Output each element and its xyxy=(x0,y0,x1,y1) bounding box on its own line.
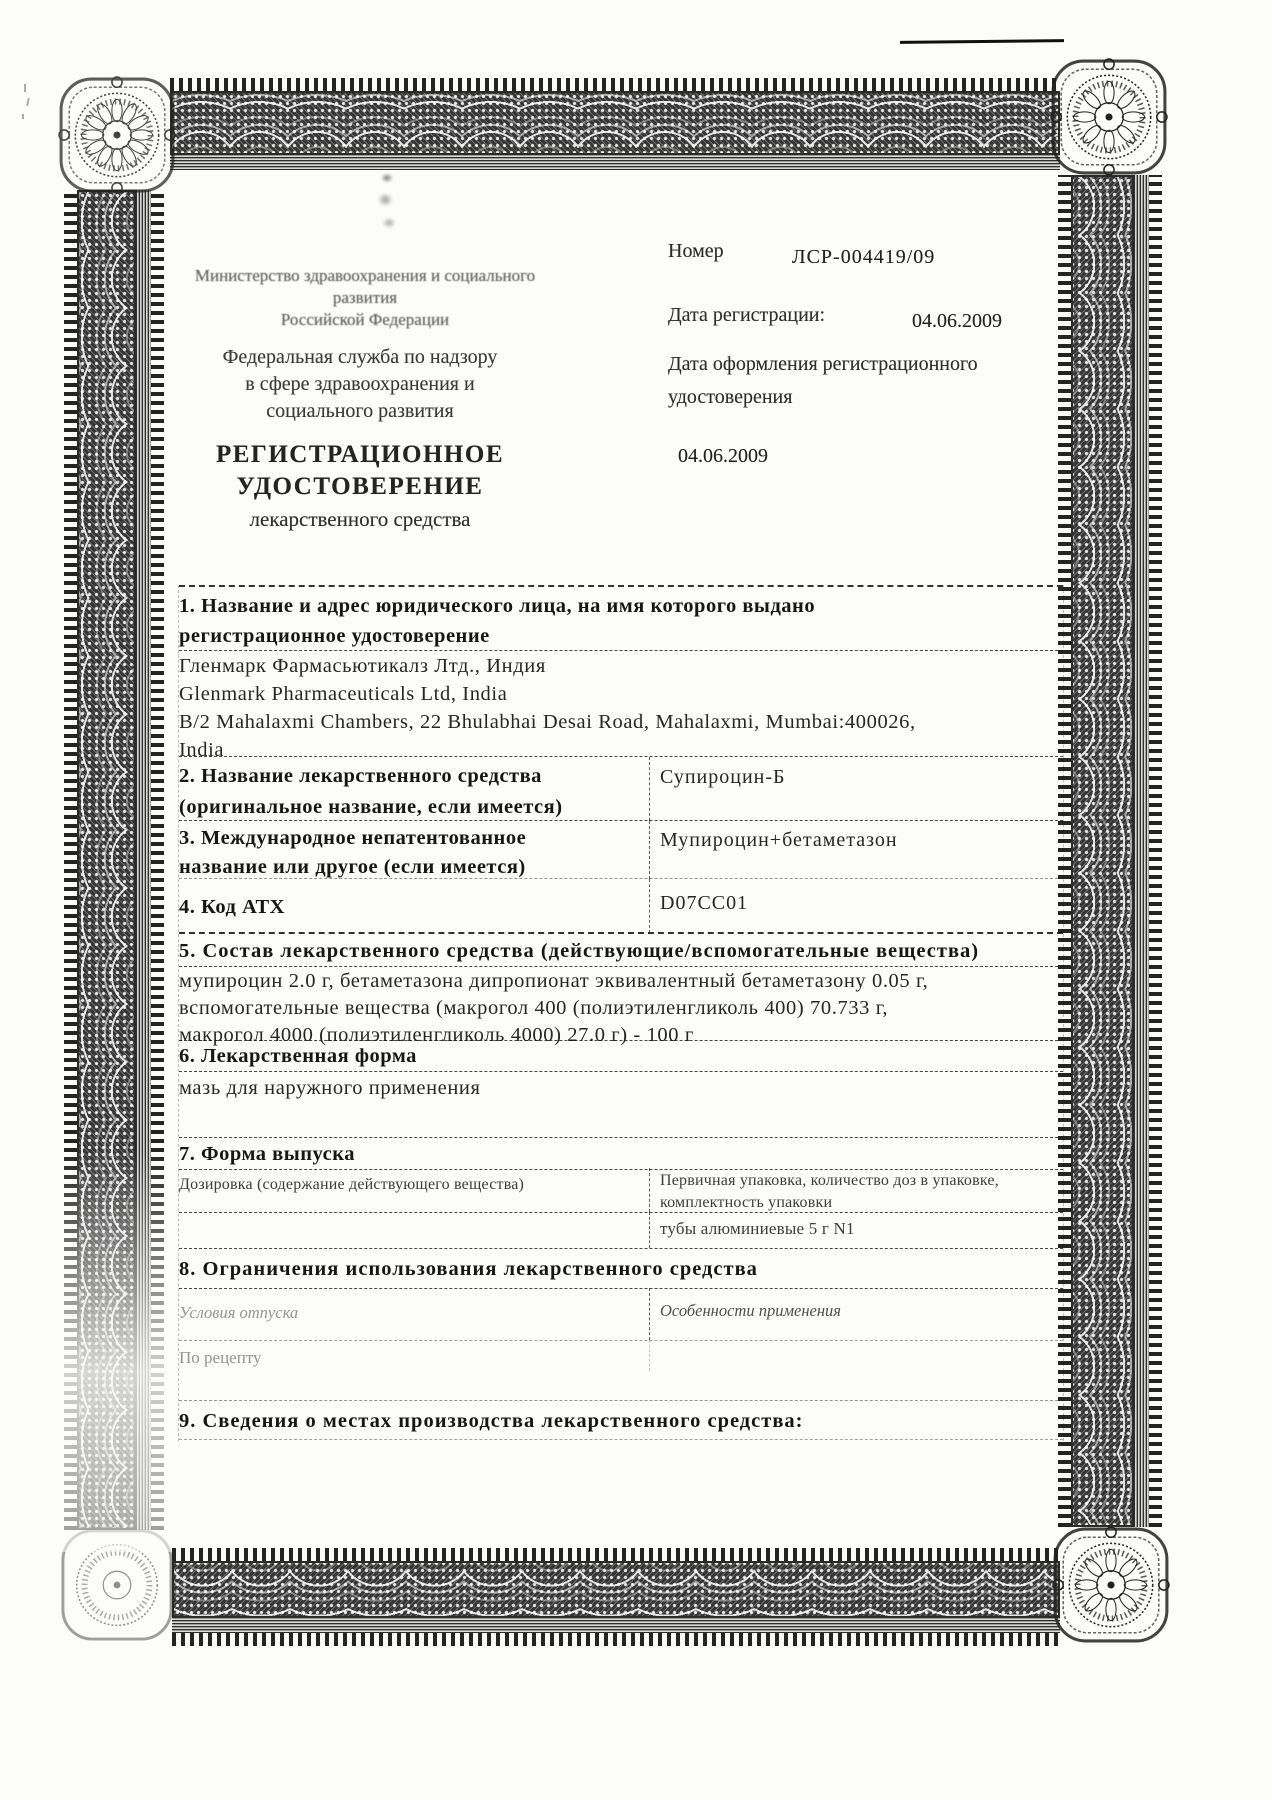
section7-value-row: тубы алюминиевые 5 г N1 xyxy=(179,1212,1063,1249)
section2-title-line1: 2. Название лекарственного средства xyxy=(179,757,649,792)
section6-header: 6. Лекарственная форма xyxy=(179,1040,1063,1072)
section7-empty-cell xyxy=(179,1212,649,1248)
corner-rosette-icon xyxy=(1050,1524,1172,1646)
section7-title: 7. Форма выпуска xyxy=(179,1138,1063,1168)
section8-columns-row: Условия отпуска Особенности применения xyxy=(179,1288,1063,1341)
section1-title-line1: 1. Название и адрес юридического лица, н… xyxy=(179,587,1063,621)
ministry-name-line3: Российской Федерации xyxy=(150,310,580,330)
section3-row: 3. Международное непатентованное названи… xyxy=(179,820,1063,879)
document-subtitle: лекарственного средства xyxy=(150,507,570,532)
section8-empty-cell xyxy=(649,1340,1074,1371)
border-band-top xyxy=(170,78,1060,170)
section4-title: 4. Код АТХ xyxy=(179,879,649,921)
section1-title-line2: регистрационное удостоверение xyxy=(179,621,1063,651)
reg-date-value: 04.06.2009 xyxy=(912,310,1002,333)
holder-name-ru: Гленмарк Фармасьютикалз Лтд., Индия xyxy=(179,648,1063,680)
section4-label: 4. Код АТХ xyxy=(179,879,649,933)
section5-body: мупироцин 2.0 г, бетаметазона дипропиона… xyxy=(179,964,1063,1040)
certificate-table: 1. Название и адрес юридического лица, н… xyxy=(178,585,1064,1441)
federal-service-line2: в сфере здравоохранения и xyxy=(150,373,570,396)
section1-body: Гленмарк Фармасьютикалз Лтд., Индия Glen… xyxy=(179,648,1063,756)
atc-code-value: D07CC01 xyxy=(660,879,1074,917)
dosage-form-value: мазь для наружного применения xyxy=(179,1070,1063,1102)
certificate-page: Министерство здравоохранения и социально… xyxy=(0,0,1272,1800)
border-band-bottom xyxy=(172,1548,1060,1646)
composition-line1: мупироцин 2.0 г, бетаметазона дипропиона… xyxy=(179,964,1063,995)
section4-row: 4. Код АТХ D07CC01 xyxy=(179,878,1063,933)
trade-name-value: Супироцин-Б xyxy=(660,757,1074,791)
prescription-value: По рецепту xyxy=(179,1340,649,1370)
dispensing-conditions-label: Условия отпуска xyxy=(179,1288,649,1324)
holder-name-en: Glenmark Pharmaceuticals Ltd, India xyxy=(179,680,1063,708)
scan-line-artifact xyxy=(900,39,1064,44)
federal-service-line3: социального развития xyxy=(150,400,570,423)
dosage-column-label: Дозировка (содержание действующего вещес… xyxy=(179,1168,649,1196)
document-title-line1: РЕГИСТРАЦИОННОЕ xyxy=(150,441,570,469)
section5-title: 5. Состав лекарственного средства (дейст… xyxy=(179,934,1063,965)
section7-pack-value-cell: тубы алюминиевые 5 г N1 xyxy=(649,1212,1074,1248)
section1-header: 1. Название и адрес юридического лица, н… xyxy=(179,585,1063,651)
section8-header: 8. Ограничения использования лекарственн… xyxy=(179,1248,1063,1289)
emblem-smudge-icon xyxy=(366,170,408,236)
section5-header: 5. Состав лекарственного средства (дейст… xyxy=(179,932,1063,967)
section3-value-cell: Мупироцин+бетаметазон xyxy=(649,821,1074,879)
scan-speck xyxy=(26,98,30,106)
section6-title: 6. Лекарственная форма xyxy=(179,1041,1063,1070)
section8-col2-cell: Особенности применения xyxy=(649,1288,1074,1340)
section3-title-line1: 3. Международное непатентованное xyxy=(179,821,649,853)
pack-value: тубы алюминиевые 5 г N1 xyxy=(660,1212,1074,1241)
packaging-column-label-line2: комплектность упаковки xyxy=(660,1192,1074,1214)
section8-value-row: По рецепту xyxy=(179,1340,1063,1392)
section7-columns-row: Дозировка (содержание действующего вещес… xyxy=(179,1168,1063,1213)
prescription-cell: По рецепту xyxy=(179,1340,649,1392)
corner-rosette-icon xyxy=(1048,56,1170,178)
holder-address-line1: B/2 Mahalaxmi Chambers, 22 Bhulabhai Des… xyxy=(179,708,1063,736)
scan-speck xyxy=(24,84,26,92)
corner-rosette-icon xyxy=(56,74,178,196)
scan-fade-artifact xyxy=(56,1150,172,1552)
application-features-label: Особенности применения xyxy=(660,1288,1074,1322)
composition-line2: вспомогательные вещества (макрогол 400 (… xyxy=(179,995,1063,1022)
section2-title-line2: (оригинальное название, если имеется) xyxy=(179,792,649,823)
issue-date-label-line1: Дата оформления регистрационного xyxy=(668,353,978,376)
packaging-column-label-line1: Первичная упаковка, количество доз в упа… xyxy=(660,1168,1074,1192)
section7-col2-cell: Первичная упаковка, количество доз в упа… xyxy=(649,1168,1074,1212)
document-title-line2: УДОСТОВЕРЕНИЕ xyxy=(150,473,570,501)
issue-date-value: 04.06.2009 xyxy=(678,445,768,468)
inn-value: Мупироцин+бетаметазон xyxy=(660,821,1074,854)
section8-title: 8. Ограничения использования лекарственн… xyxy=(179,1248,1063,1283)
federal-service-line1: Федеральная служба по надзору xyxy=(150,346,570,369)
ministry-name-line2: развития xyxy=(150,288,580,308)
section4-value-cell: D07CC01 xyxy=(649,879,1074,933)
section2-label: 2. Название лекарственного средства (ори… xyxy=(179,757,649,821)
issue-date-label-line2: удостоверения xyxy=(668,386,792,409)
ministry-name-line1: Министерство здравоохранения и социально… xyxy=(150,266,580,286)
scan-speck xyxy=(22,114,24,119)
reg-date-label: Дата регистрации: xyxy=(668,304,825,327)
registration-number: ЛСР-004419/09 xyxy=(792,246,935,269)
section2-row: 2. Название лекарственного средства (ори… xyxy=(179,756,1063,821)
section2-value-cell: Супироцин-Б xyxy=(649,757,1074,821)
number-label: Номер xyxy=(668,240,724,263)
section9-header: 9. Сведения о местах производства лекарс… xyxy=(179,1400,1063,1440)
section9-title: 9. Сведения о местах производства лекарс… xyxy=(179,1401,1063,1435)
section8-col1-cell: Условия отпуска xyxy=(179,1288,649,1340)
section6-body: мазь для наружного применения xyxy=(179,1070,1063,1137)
section3-label: 3. Международное непатентованное названи… xyxy=(179,821,649,879)
section7-col1-cell: Дозировка (содержание действующего вещес… xyxy=(179,1168,649,1212)
section7-header: 7. Форма выпуска xyxy=(179,1137,1063,1170)
